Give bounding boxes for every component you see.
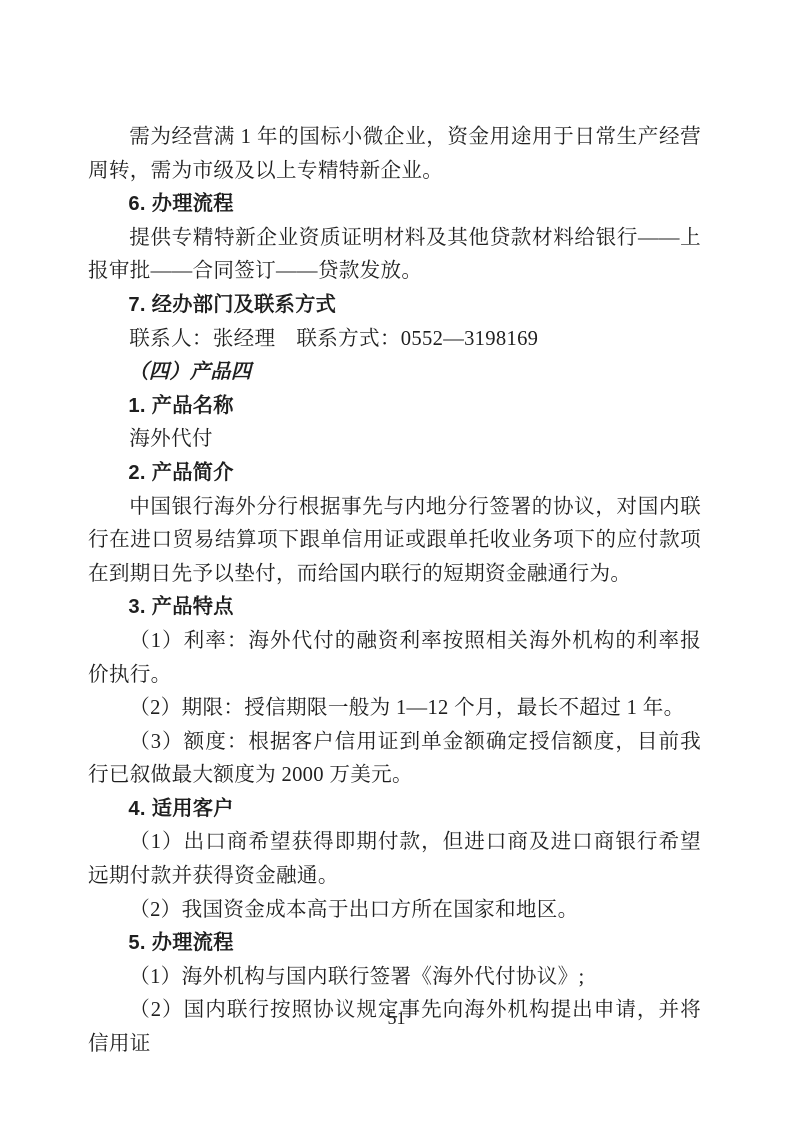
paragraph-continued: 需为经营满 1 年的国标小微企业，资金用途用于日常生产经营周转，需为市级及以上专… <box>88 121 701 188</box>
paragraph-product-intro: 中国银行海外分行根据事先与内地分行签署的协议，对国内联行在进口贸易结算项下跟单信… <box>88 491 701 592</box>
section-heading-product-4: （四）产品四 <box>88 356 701 390</box>
section-heading-6-process: 6. 办理流程 <box>88 188 701 222</box>
section-heading-4-customers: 4. 适用客户 <box>88 793 701 827</box>
document-page: 需为经营满 1 年的国标小微企业，资金用途用于日常生产经营周转，需为市级及以上专… <box>0 0 793 1122</box>
paragraph-process: 提供专精特新企业资质证明材料及其他贷款材料给银行——上报审批——合同签订——贷款… <box>88 222 701 289</box>
page-number: 51 <box>0 1004 793 1032</box>
list-item-customer-1: （1）出口商希望获得即期付款，但进口商及进口商银行希望远期付款并获得资金融通。 <box>88 826 701 893</box>
document-body: 需为经营满 1 年的国标小微企业，资金用途用于日常生产经营周转，需为市级及以上专… <box>88 121 701 1062</box>
paragraph-contact-info: 联系人：张经理 联系方式：0552—3198169 <box>88 323 701 357</box>
list-item-quota: （3）额度：根据客户信用证到单金额确定授信额度，目前我行已叙做最大额度为 200… <box>88 726 701 793</box>
section-heading-1-product-name: 1. 产品名称 <box>88 390 701 424</box>
list-item-rate: （1）利率：海外代付的融资利率按照相关海外机构的利率报价执行。 <box>88 625 701 692</box>
list-item-customer-2: （2）我国资金成本高于出口方所在国家和地区。 <box>88 894 701 928</box>
paragraph-product-name: 海外代付 <box>88 423 701 457</box>
list-item-term: （2）期限：授信期限一般为 1—12 个月，最长不超过 1 年。 <box>88 692 701 726</box>
section-heading-2-intro: 2. 产品简介 <box>88 457 701 491</box>
section-heading-5-process: 5. 办理流程 <box>88 927 701 961</box>
section-heading-7-contact: 7. 经办部门及联系方式 <box>88 289 701 323</box>
list-item-process-1: （1）海外机构与国内联行签署《海外代付协议》; <box>88 961 701 995</box>
section-heading-3-features: 3. 产品特点 <box>88 591 701 625</box>
